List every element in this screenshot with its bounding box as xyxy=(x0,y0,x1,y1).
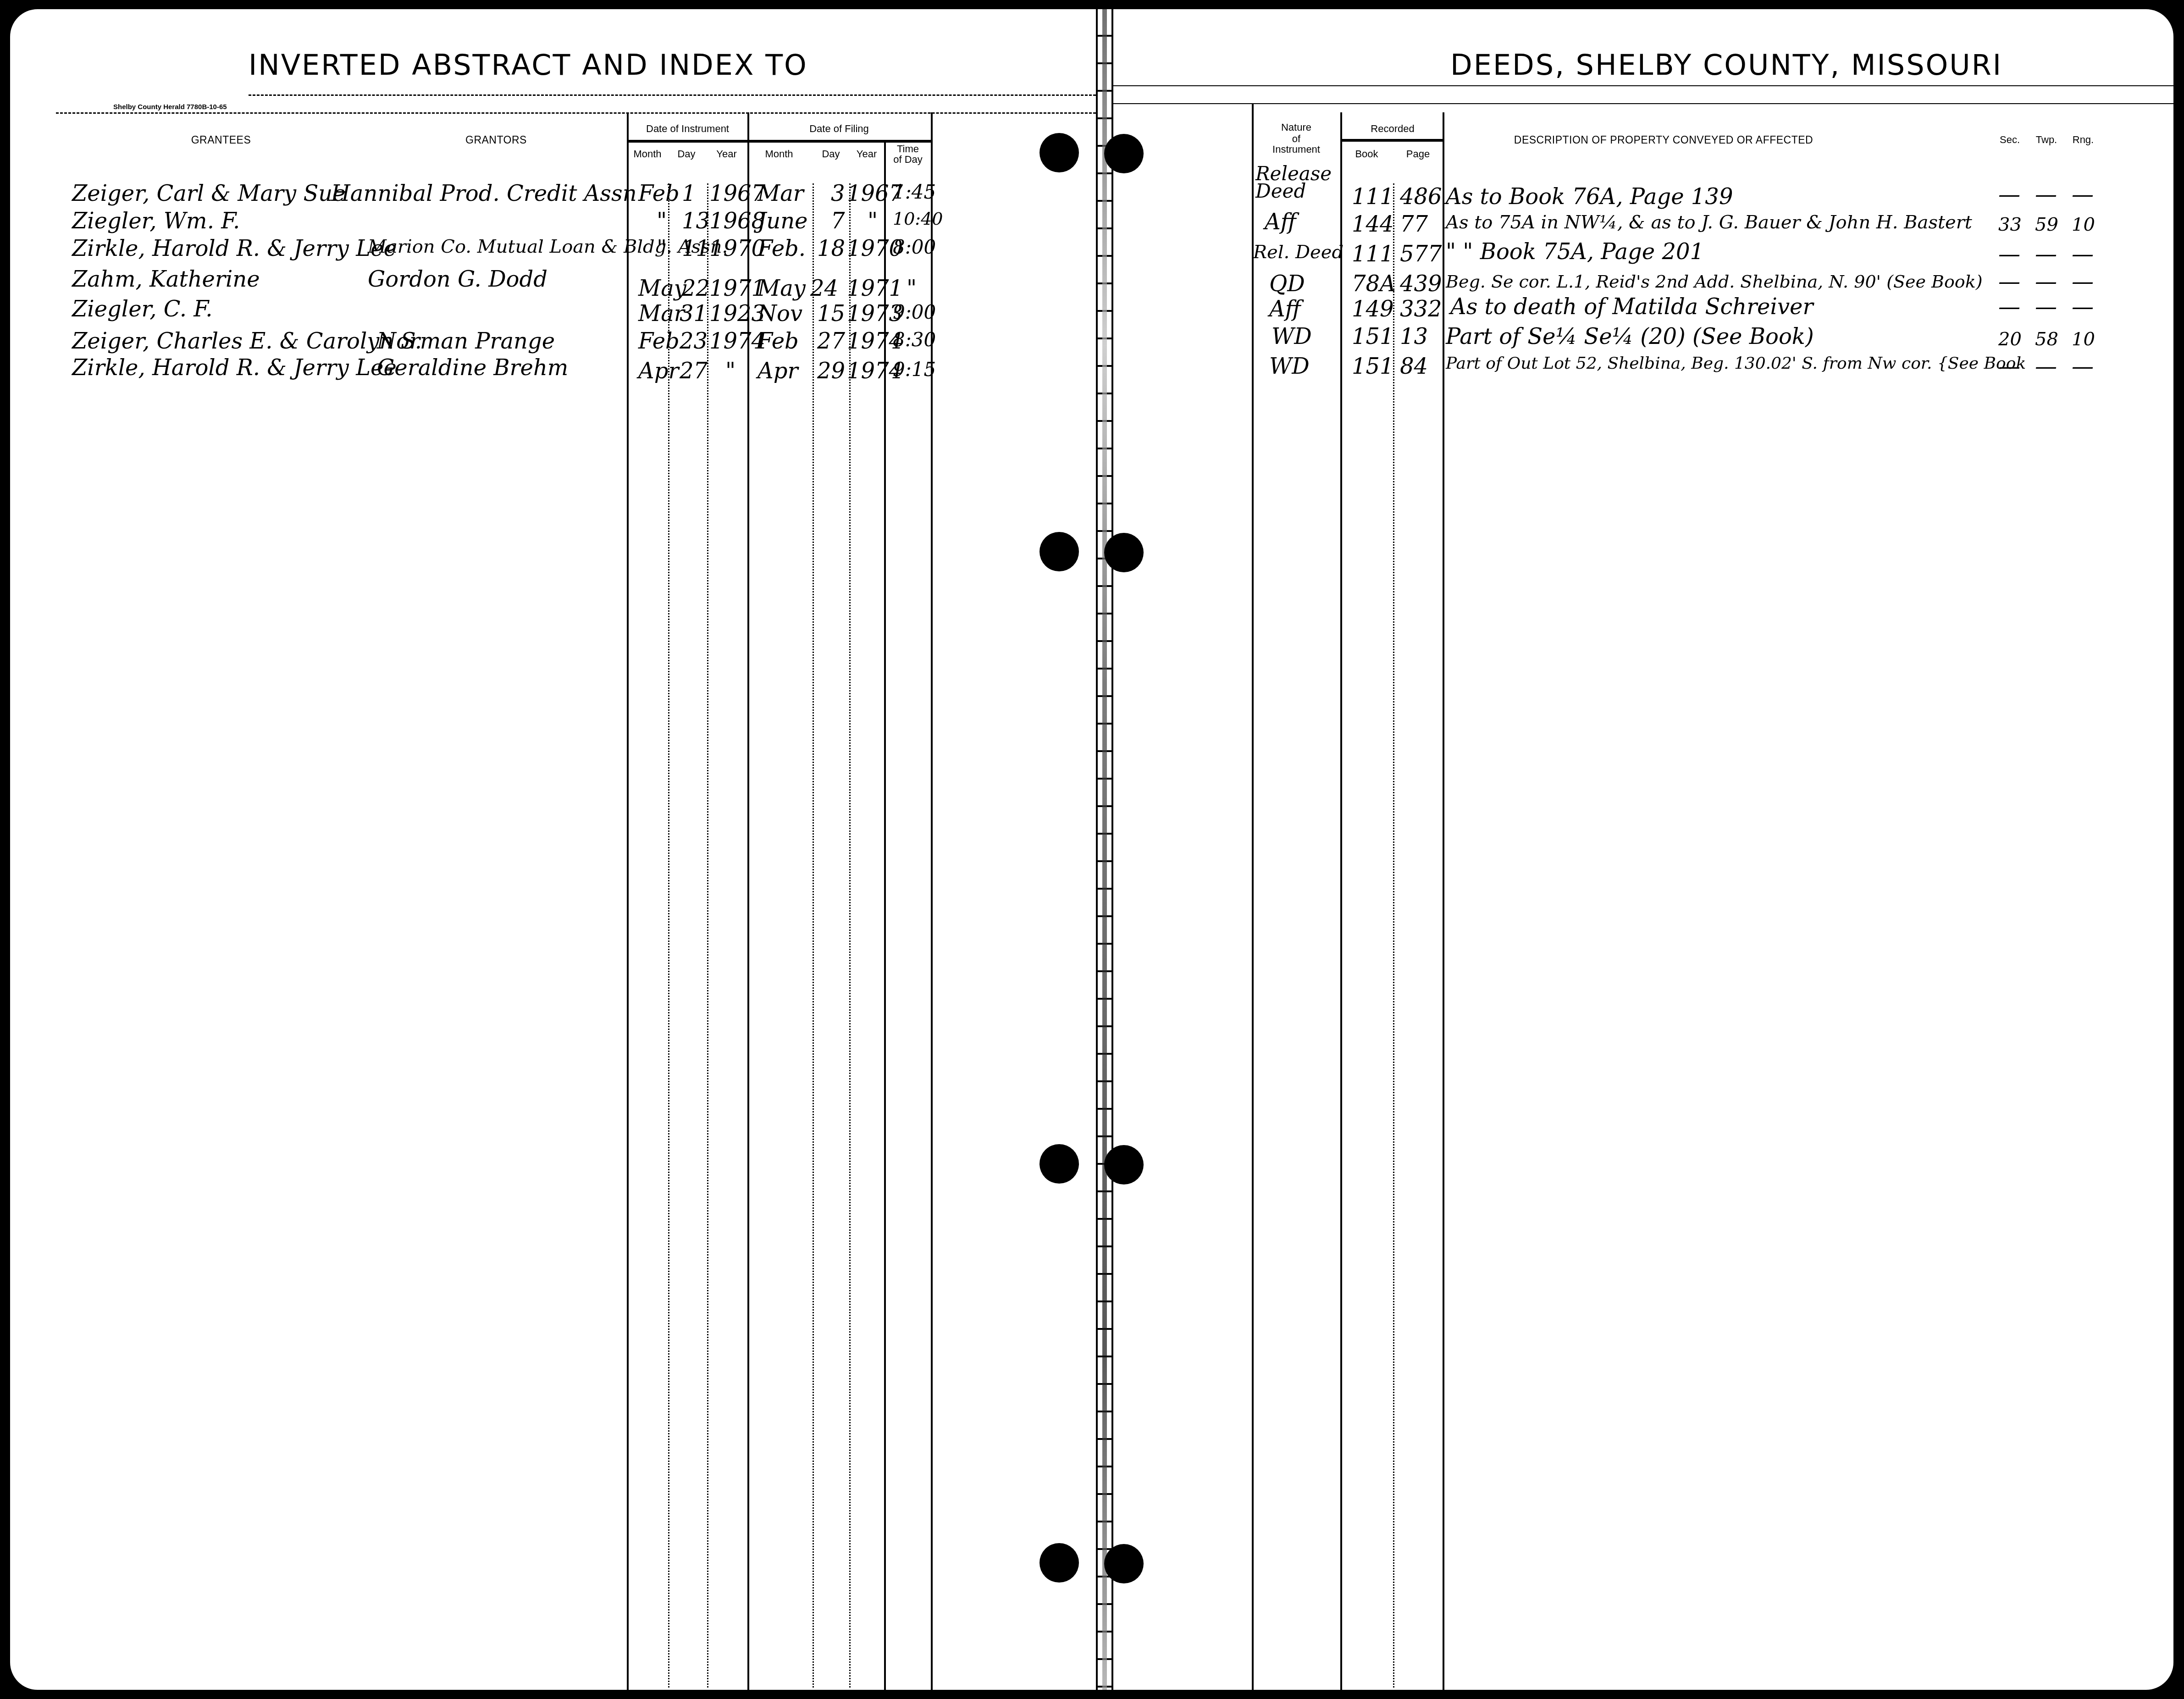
header-file-day: Day xyxy=(813,148,849,160)
inst-day: 31 xyxy=(680,303,708,325)
file-day: 24 xyxy=(810,277,838,299)
inst-year: " xyxy=(725,360,735,382)
file-day: 3 xyxy=(831,183,845,205)
nature-of-instrument: Release Deed xyxy=(1255,165,1338,200)
book: 151 xyxy=(1352,326,1394,348)
punch-hole xyxy=(1104,1544,1144,1583)
page: 13 xyxy=(1400,326,1428,348)
time-of-day: 10:40 xyxy=(893,210,943,227)
grantor: Marion Co. Mutual Loan & Bldg. Assn. xyxy=(368,238,728,256)
file-day: 29 xyxy=(817,360,845,382)
page: 332 xyxy=(1400,298,1442,320)
punch-hole xyxy=(1039,133,1079,172)
file-day: 27 xyxy=(817,330,845,352)
file-year: 1971 xyxy=(847,277,903,299)
dot-guide xyxy=(707,183,708,1688)
punch-hole xyxy=(1039,1144,1079,1184)
description: As to death of Matilda Schreiver xyxy=(1450,296,1813,318)
grantee: Ziegler, C. F. xyxy=(72,298,212,320)
header-rng: Rng. xyxy=(2069,134,2097,146)
nature-of-instrument: QD xyxy=(1269,273,1305,295)
punch-hole xyxy=(1039,532,1079,571)
file-month: Apr xyxy=(757,360,798,382)
inst-year: 1970 xyxy=(709,238,765,260)
inst-month: Feb xyxy=(638,183,680,205)
top-rule xyxy=(249,94,1096,96)
header-divider xyxy=(1340,139,1444,142)
rng: — xyxy=(2072,183,2094,205)
file-day: 15 xyxy=(817,303,845,325)
left-page-title: INVERTED ABSTRACT AND INDEX TO xyxy=(249,48,808,82)
rng: 10 xyxy=(2072,216,2095,234)
twp: — xyxy=(2035,355,2057,377)
nature-of-instrument: Aff xyxy=(1269,298,1301,320)
dot-guide xyxy=(849,183,851,1688)
printer-mark: Shelby County Herald 7780B-10-65 xyxy=(113,103,227,111)
nature-of-instrument: Rel. Deed xyxy=(1253,243,1344,261)
column-divider xyxy=(1340,112,1342,1690)
left-ledger-page: INVERTED ABSTRACT AND INDEX TO Shelby Co… xyxy=(10,9,1096,1690)
inst-year: 1923 xyxy=(709,303,765,325)
file-month: Feb xyxy=(757,330,799,352)
grantee: Zirkle, Harold R. & Jerry Lee xyxy=(72,357,397,379)
file-month: Nov xyxy=(757,303,802,325)
header-inst-year: Year xyxy=(707,148,746,160)
time-of-day: 9:00 xyxy=(893,303,936,322)
column-divider xyxy=(1252,103,1254,1690)
header-page: Page xyxy=(1394,148,1442,160)
file-month: May xyxy=(757,277,806,299)
page: 77 xyxy=(1400,213,1428,235)
rng: — xyxy=(2072,243,2094,265)
page: 439 xyxy=(1400,273,1442,295)
twp: — xyxy=(2035,296,2057,318)
file-month: Feb. xyxy=(757,238,806,260)
inst-month: Feb xyxy=(638,330,680,352)
header-twp: Twp. xyxy=(2033,134,2060,146)
grantee: Zeiger, Charles E. & Carolyn S. xyxy=(72,330,422,352)
twp: — xyxy=(2035,271,2057,293)
sec: — xyxy=(1998,271,2020,293)
header-grantors: GRANTORS xyxy=(450,134,542,146)
grantor: Hannibal Prod. Credit Assn xyxy=(331,183,637,205)
dot-guide xyxy=(668,183,669,1688)
header-date-of-filing: Date of Filing xyxy=(749,123,929,135)
inst-month: " xyxy=(657,210,667,232)
book: 151 xyxy=(1352,355,1394,377)
book-binding xyxy=(1096,9,1113,1690)
header-recorded: Recorded xyxy=(1343,123,1443,135)
rng: — xyxy=(2072,355,2094,377)
book: 78A xyxy=(1352,273,1396,295)
description: Beg. Se cor. L.1, Reid's 2nd Add. Shelbi… xyxy=(1446,273,1983,290)
header-time-2: of Day xyxy=(886,154,930,166)
header-description: DESCRIPTION OF PROPERTY CONVEYED OR AFFE… xyxy=(1503,134,1824,146)
inst-month: Apr xyxy=(638,360,679,382)
header-nature-1: Nature xyxy=(1253,122,1339,133)
page: 577 xyxy=(1400,243,1442,265)
header-file-year: Year xyxy=(849,148,884,160)
header-inst-day: Day xyxy=(668,148,705,160)
inst-day: 1 xyxy=(682,183,696,205)
rng: 10 xyxy=(2072,330,2095,349)
inst-day: 23 xyxy=(680,330,708,352)
nature-of-instrument: WD xyxy=(1269,355,1310,377)
inst-year: 1968 xyxy=(709,210,765,232)
punch-hole xyxy=(1104,134,1144,173)
inst-day: 11 xyxy=(682,238,710,260)
sec: — xyxy=(1998,183,2020,205)
header-grantees: GRANTEES xyxy=(175,134,267,146)
book: 149 xyxy=(1352,298,1394,320)
file-month: Mar xyxy=(757,183,804,205)
twp: — xyxy=(2035,243,2057,265)
punch-hole xyxy=(1039,1543,1079,1583)
time-of-day: " xyxy=(907,277,917,299)
inst-day: 22 xyxy=(682,277,710,299)
grantor: Geraldine Brehm xyxy=(377,357,568,379)
grantee: Zeiger, Carl & Mary Sue xyxy=(72,183,346,205)
inst-year: 1974 xyxy=(709,330,765,352)
grantee: Zirkle, Harold R. & Jerry Lee xyxy=(72,238,397,260)
header-rule xyxy=(56,112,1096,114)
rng: — xyxy=(2072,296,2094,318)
inst-year: 1967 xyxy=(709,183,765,205)
page: 486 xyxy=(1400,186,1442,208)
file-year: " xyxy=(868,210,878,232)
column-divider xyxy=(1443,112,1444,1690)
book: 111 xyxy=(1352,243,1394,265)
sec: 20 xyxy=(1998,330,2022,349)
sec: — xyxy=(1998,296,2020,318)
nature-of-instrument: WD xyxy=(1272,326,1312,348)
header-rule xyxy=(1113,103,2173,104)
right-page-title: DEEDS, SHELBY COUNTY, MISSOURI xyxy=(1450,48,2002,82)
file-day: 7 xyxy=(831,210,845,232)
sec: — xyxy=(1998,243,2020,265)
file-day: 18 xyxy=(817,238,845,260)
header-inst-month: Month xyxy=(629,148,666,160)
dot-guide xyxy=(1393,183,1394,1688)
file-month: June xyxy=(757,210,807,232)
description: As to 75A in NW¼, & as to J. G. Bauer & … xyxy=(1446,213,1972,232)
description: Part of Out Lot 52, Shelbina, Beg. 130.0… xyxy=(1446,355,2026,372)
book: 111 xyxy=(1352,186,1394,208)
punch-hole xyxy=(1104,533,1144,572)
inst-day: 27 xyxy=(680,360,708,382)
twp: 59 xyxy=(2035,216,2058,234)
inst-month: " xyxy=(657,238,667,260)
top-rule xyxy=(1113,85,2173,86)
twp: — xyxy=(2035,183,2057,205)
time-of-day: 8:00 xyxy=(893,238,936,257)
sec: — xyxy=(1998,355,2020,377)
rng: — xyxy=(2072,271,2094,293)
header-nature-3: Instrument xyxy=(1253,144,1339,155)
header-divider xyxy=(627,140,933,143)
time-of-day: 9:15 xyxy=(893,360,936,379)
header-book: Book xyxy=(1343,148,1391,160)
grantor: Norman Prange xyxy=(377,330,555,352)
dot-guide xyxy=(813,183,814,1688)
inst-month: May xyxy=(638,277,686,299)
grantee: Zahm, Katherine xyxy=(72,268,260,290)
book: 144 xyxy=(1352,213,1394,235)
punch-hole xyxy=(1104,1145,1144,1184)
column-divider xyxy=(627,112,629,1690)
header-file-month: Month xyxy=(749,148,809,160)
sec: 33 xyxy=(1998,216,2022,234)
description: As to Book 76A, Page 139 xyxy=(1446,186,1733,208)
twp: 58 xyxy=(2035,330,2058,349)
grantee: Ziegler, Wm. F. xyxy=(72,210,240,232)
inst-year: 1971 xyxy=(709,277,765,299)
right-ledger-page: DEEDS, SHELBY COUNTY, MISSOURI Nature of… xyxy=(1113,9,2173,1690)
page: 84 xyxy=(1400,355,1428,377)
inst-day: 13 xyxy=(682,210,710,232)
grantor: Gordon G. Dodd xyxy=(368,268,547,290)
header-sec: Sec. xyxy=(1996,134,2024,146)
time-of-day: 8:30 xyxy=(893,330,936,349)
description: Part of Se¼ Se¼ (20) (See Book) xyxy=(1446,326,1814,348)
header-date-of-instrument: Date of Instrument xyxy=(629,123,746,135)
time-of-day: 1:45 xyxy=(893,183,936,202)
inst-month: Mar xyxy=(638,303,685,325)
description: " " Book 75A, Page 201 xyxy=(1446,241,1704,263)
nature-of-instrument: Aff xyxy=(1265,211,1296,233)
